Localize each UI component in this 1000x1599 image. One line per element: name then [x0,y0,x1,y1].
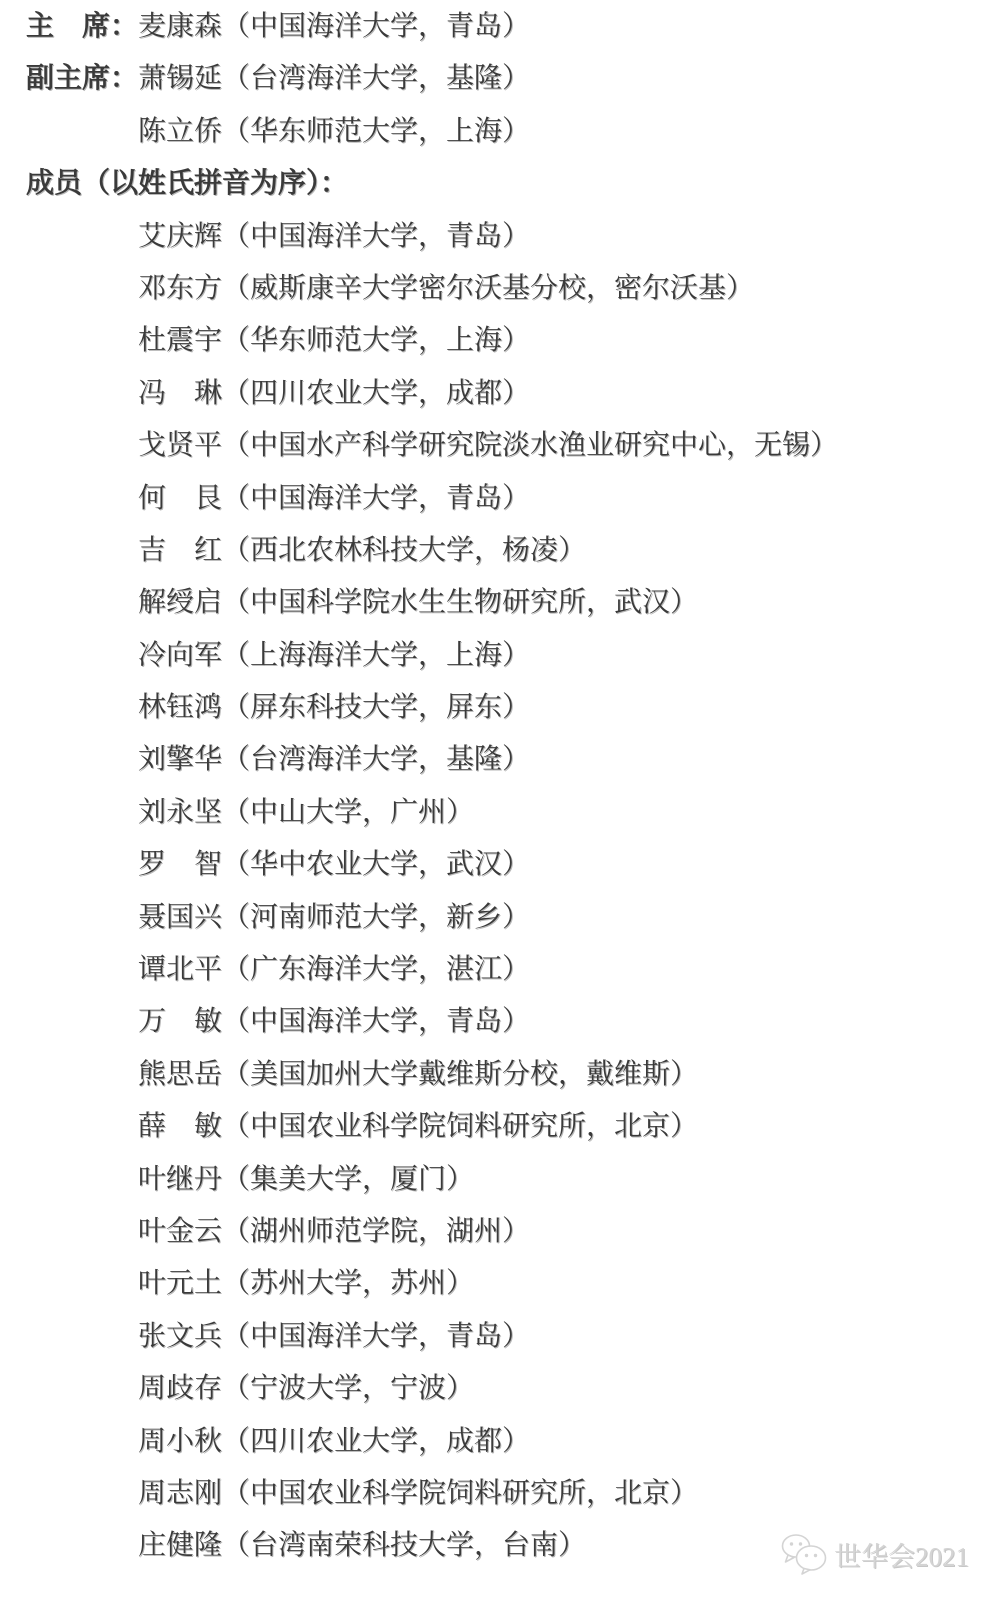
member-row: 谭北平（广东海洋大学，湛江） [26,944,1000,996]
member-row: 叶继丹（集美大学，厦门） [26,1154,1000,1206]
member-row: 艾庆辉（中国海洋大学，青岛） [26,211,1000,263]
member-row: 冷向军（上海海洋大学，上海） [26,630,1000,682]
member-affiliation: （上海海洋大学，上海） [222,640,530,671]
vice-chair-row-2: 陈立侨（华东师范大学，上海） [26,106,1000,158]
member-row: 熊思岳（美国加州大学戴维斯分校，戴维斯） [26,1049,1000,1101]
committee-document: 主 席：麦康森（中国海洋大学，青岛） 副主席：萧锡延（台湾海洋大学，基隆） 陈立… [0,0,1000,1573]
members-heading-row: 成员（以姓氏拼音为序）： [26,158,1000,210]
member-name: 庄健隆 [138,1530,222,1561]
member-affiliation: （宁波大学，宁波） [222,1373,474,1404]
member-affiliation: （中国海洋大学，青岛） [222,1006,530,1037]
member-row: 刘永坚（中山大学，广州） [26,787,1000,839]
member-affiliation: （中山大学，广州） [222,797,474,828]
chair-name: 麦康森 [138,11,222,42]
member-row: 何 艮（中国海洋大学，青岛） [26,473,1000,525]
member-name: 艾庆辉 [138,221,222,252]
member-row: 聂国兴（河南师范大学，新乡） [26,892,1000,944]
member-row: 周小秋（四川农业大学，成都） [26,1416,1000,1468]
member-name: 熊思岳 [138,1059,222,1090]
member-affiliation: （中国海洋大学，青岛） [222,483,530,514]
member-name: 周志刚 [138,1478,222,1509]
member-name: 叶继丹 [138,1164,222,1195]
member-affiliation: （屏东科技大学，屏东） [222,692,530,723]
member-affiliation: （河南师范大学，新乡） [222,902,530,933]
member-name: 薛 敏 [138,1111,222,1142]
member-name: 戈贤平 [138,430,222,461]
member-name: 冷向军 [138,640,222,671]
members-heading: 成员（以姓氏拼音为序）： [26,168,348,199]
member-row: 周志刚（中国农业科学院饲料研究所，北京） [26,1468,1000,1520]
member-row: 叶金云（湖州师范学院，湖州） [26,1206,1000,1258]
chair-row: 主 席：麦康森（中国海洋大学，青岛） [26,1,1000,53]
vice-chair-name: 陈立侨 [138,116,222,147]
wechat-icon [781,1533,827,1575]
member-row: 罗 智（华中农业大学，武汉） [26,839,1000,891]
member-affiliation: （中国农业科学院饲料研究所，北京） [222,1478,698,1509]
member-affiliation: （威斯康辛大学密尔沃基分校，密尔沃基） [222,273,754,304]
member-affiliation: （中国水产科学研究院淡水渔业研究中心，无锡） [222,430,838,461]
vice-chair-affiliation: （台湾海洋大学，基隆） [222,63,530,94]
member-row: 薛 敏（中国农业科学院饲料研究所，北京） [26,1101,1000,1153]
member-affiliation: （台湾南荣科技大学，台南） [222,1530,586,1561]
member-name: 叶元土 [138,1268,222,1299]
watermark: 世华会2021 [781,1533,969,1575]
member-row: 万 敏（中国海洋大学，青岛） [26,996,1000,1048]
member-name: 周小秋 [138,1426,222,1457]
member-affiliation: （湖州师范学院，湖州） [222,1216,530,1247]
member-affiliation: （华东师范大学，上海） [222,325,530,356]
member-name: 谭北平 [138,954,222,985]
member-name: 何 艮 [138,483,222,514]
member-affiliation: （四川农业大学，成都） [222,378,530,409]
member-affiliation: （西北农林科技大学，杨凌） [222,535,586,566]
member-affiliation: （苏州大学，苏州） [222,1268,474,1299]
member-name: 万 敏 [138,1006,222,1037]
member-affiliation: （华中农业大学，武汉） [222,849,530,880]
member-name: 林钰鸿 [138,692,222,723]
member-name: 刘永坚 [138,797,222,828]
member-name: 聂国兴 [138,902,222,933]
chair-label: 主 席： [26,1,138,53]
chair-affiliation: （中国海洋大学，青岛） [222,11,530,42]
member-row: 戈贤平（中国水产科学研究院淡水渔业研究中心，无锡） [26,420,1000,472]
vice-chair-affiliation: （华东师范大学，上海） [222,116,530,147]
vice-chair-name: 萧锡延 [138,63,222,94]
members-list: 艾庆辉（中国海洋大学，青岛）邓东方（威斯康辛大学密尔沃基分校，密尔沃基）杜震宇（… [26,211,1000,1573]
member-affiliation: （中国农业科学院饲料研究所，北京） [222,1111,698,1142]
member-affiliation: （广东海洋大学，湛江） [222,954,530,985]
member-row: 吉 红（西北农林科技大学，杨凌） [26,525,1000,577]
vice-chair-row-1: 副主席：萧锡延（台湾海洋大学，基隆） [26,53,1000,105]
member-affiliation: （四川农业大学，成都） [222,1426,530,1457]
member-affiliation: （台湾海洋大学，基隆） [222,744,530,775]
member-name: 罗 智 [138,849,222,880]
member-row: 邓东方（威斯康辛大学密尔沃基分校，密尔沃基） [26,263,1000,315]
member-row: 周歧存（宁波大学，宁波） [26,1363,1000,1415]
member-name: 冯 琳 [138,378,222,409]
member-row: 张文兵（中国海洋大学，青岛） [26,1311,1000,1363]
member-name: 周歧存 [138,1373,222,1404]
member-affiliation: （集美大学，厦门） [222,1164,474,1195]
member-affiliation: （中国海洋大学，青岛） [222,1321,530,1352]
member-affiliation: （中国海洋大学，青岛） [222,221,530,252]
member-row: 刘擎华（台湾海洋大学，基隆） [26,734,1000,786]
vice-chair-label: 副主席： [26,53,138,105]
member-row: 林钰鸿（屏东科技大学，屏东） [26,682,1000,734]
member-name: 邓东方 [138,273,222,304]
member-name: 解绶启 [138,587,222,618]
member-row: 叶元土（苏州大学，苏州） [26,1258,1000,1310]
member-affiliation: （美国加州大学戴维斯分校，戴维斯） [222,1059,698,1090]
member-affiliation: （中国科学院水生生物研究所，武汉） [222,587,698,618]
member-row: 解绶启（中国科学院水生生物研究所，武汉） [26,577,1000,629]
member-name: 张文兵 [138,1321,222,1352]
member-name: 杜震宇 [138,325,222,356]
watermark-text: 世华会2021 [834,1535,969,1574]
member-row: 杜震宇（华东师范大学，上海） [26,315,1000,367]
member-name: 刘擎华 [138,744,222,775]
member-name: 叶金云 [138,1216,222,1247]
member-name: 吉 红 [138,535,222,566]
member-row: 冯 琳（四川农业大学，成都） [26,368,1000,420]
